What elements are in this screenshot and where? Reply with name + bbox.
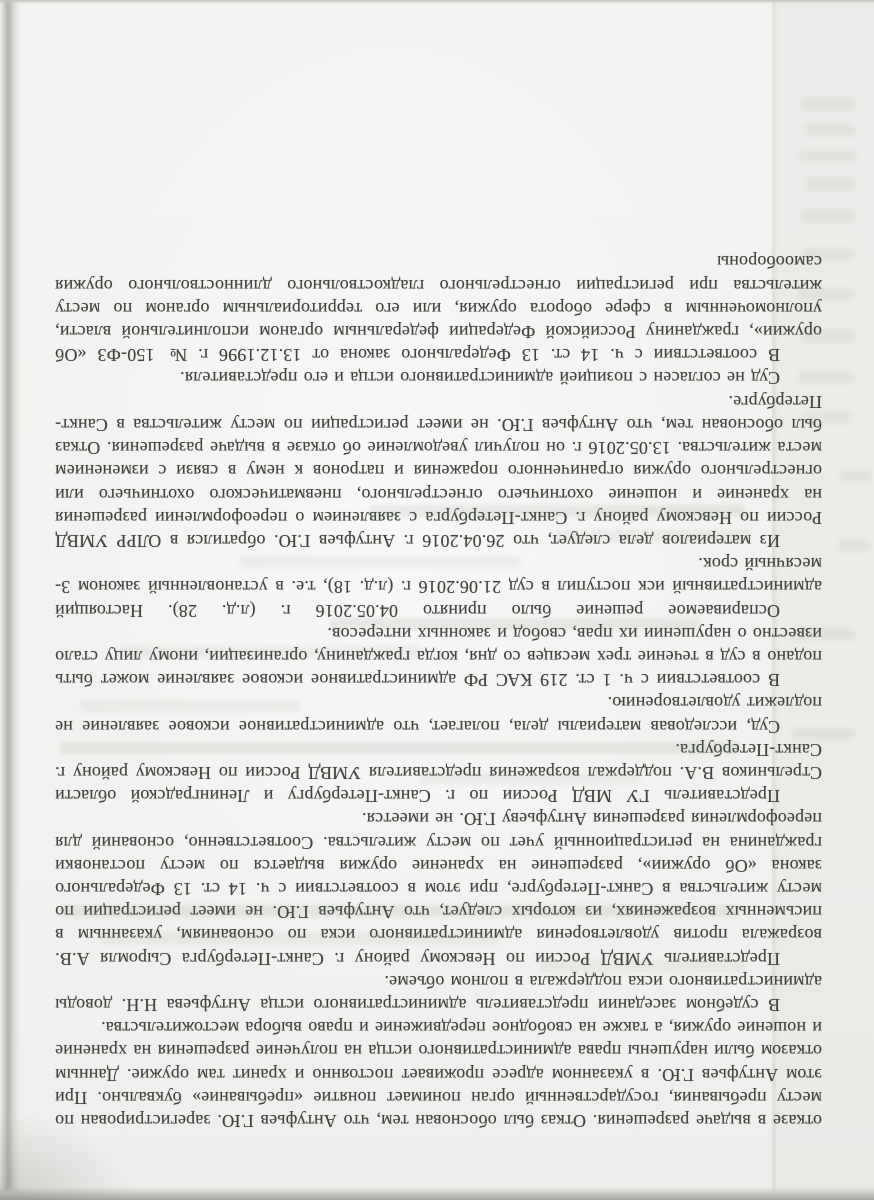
bleed-through-artifact xyxy=(800,210,855,222)
scan-corner-shadow xyxy=(0,1110,140,1200)
bleed-through-artifact xyxy=(120,646,420,658)
bleed-through-artifact xyxy=(330,618,700,630)
document-text: отказе в выдаче разрешения. Отказ был об… xyxy=(55,250,822,1132)
bleed-through-artifact xyxy=(795,628,855,640)
bleed-through-artifact xyxy=(803,330,853,342)
bleed-through-artifact xyxy=(792,728,854,740)
bleed-through-artifact xyxy=(798,288,854,300)
paragraph: В соответствии с ч. 14 ст. 13 Федерально… xyxy=(55,250,822,366)
bleed-through-artifact xyxy=(60,742,740,754)
scan-edge-top-shadow xyxy=(0,0,874,4)
bleed-through-artifact xyxy=(420,772,640,784)
bleed-through-artifact xyxy=(370,505,745,517)
bleed-through-artifact xyxy=(804,248,854,260)
bleed-through-artifact xyxy=(838,540,870,552)
scanned-page: отказе в выдаче разрешения. Отказ был об… xyxy=(0,0,874,1200)
paragraph: Из материалов дела следует, что 26.04.20… xyxy=(55,390,822,552)
paragraph: В судебном заседании представитель админ… xyxy=(55,970,822,1016)
bleed-through-artifact xyxy=(805,124,855,136)
bleed-through-artifact xyxy=(798,150,856,162)
bleed-through-artifact xyxy=(799,372,854,384)
bleed-through-artifact xyxy=(800,98,855,110)
bleed-through-artifact xyxy=(555,530,750,542)
bleed-through-artifact xyxy=(805,412,851,424)
paragraph: Суд, исследовав материалы дела, полагает… xyxy=(55,691,822,737)
bleed-through-artifact xyxy=(60,905,740,917)
paragraph: отказе в выдаче разрешения. Отказ был об… xyxy=(55,1016,822,1132)
bleed-through-artifact xyxy=(840,470,870,482)
page-content-rotated-180: отказе в выдаче разрешения. Отказ был об… xyxy=(0,0,874,1200)
scan-edge-left-shadow xyxy=(0,0,20,1200)
bleed-through-artifact xyxy=(540,960,745,972)
bleed-through-artifact xyxy=(240,556,520,568)
bleed-through-artifact xyxy=(806,178,854,190)
bleed-through-artifact xyxy=(80,700,300,712)
paragraph: Суд не согласен с позицией административ… xyxy=(55,366,822,389)
bleed-through-artifact xyxy=(100,932,500,944)
paragraph: Представитель УМВД России по Невскому ра… xyxy=(55,807,822,969)
